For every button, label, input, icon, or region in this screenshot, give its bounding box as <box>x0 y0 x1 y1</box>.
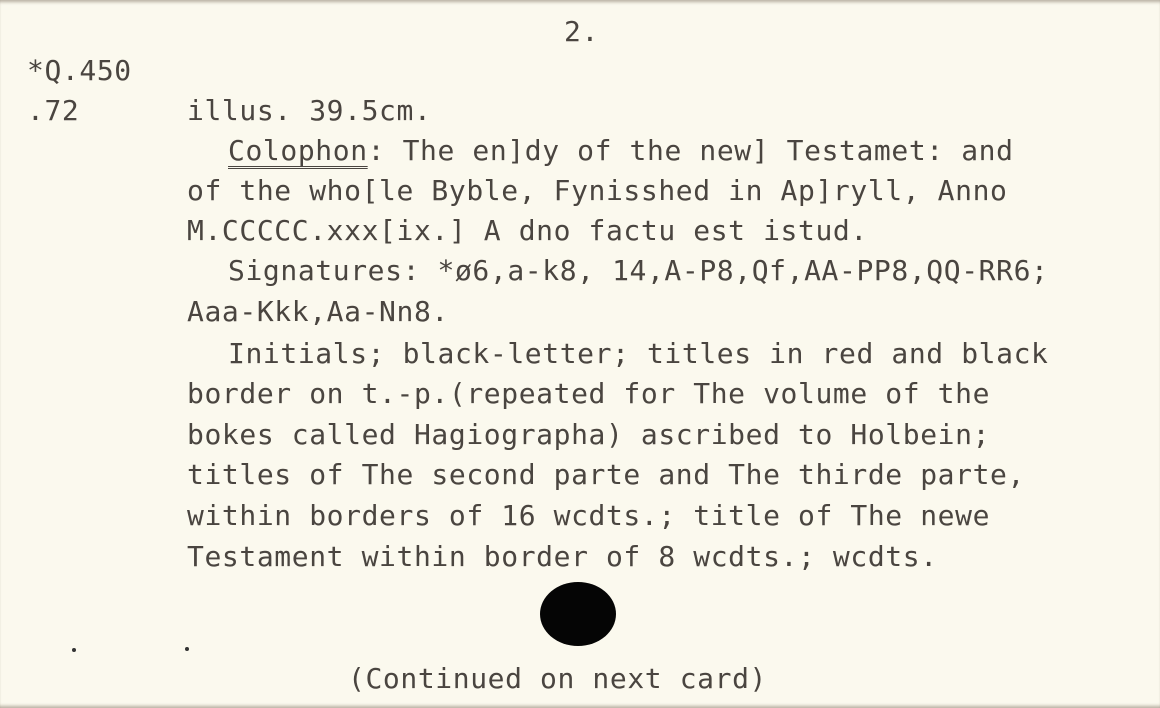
continued-note: (Continued on next card) <box>348 665 767 693</box>
colophon-line-1: Colophon: The en]dy of the new] Testamet… <box>228 137 1014 165</box>
notes-line-5: within borders of 16 wcdts.; title of Th… <box>187 502 990 530</box>
colophon-label: Colophon <box>228 134 368 167</box>
catalog-card: 2. *Q.450 .72 illus. 39.5cm. Colophon: T… <box>0 0 1160 708</box>
colophon-line-2: of the who[le Byble, Fynisshed in Ap]ryl… <box>187 177 1008 205</box>
signatures-line-1: Signatures: *ø6,a-k8, 14,A-P8,Qf,AA-PP8,… <box>228 257 1049 285</box>
notes-line-6: Testament within border of 8 wcdts.; wcd… <box>187 543 938 571</box>
punch-hole <box>540 582 616 646</box>
colophon-text: : The en]dy of the new] Testamet: and <box>368 134 1014 167</box>
notes-line-2: border on t.-p.(repeated for The volume … <box>187 380 990 408</box>
notes-line-3: bokes called Hagiographa) ascribed to Ho… <box>187 421 990 449</box>
notes-line-4: titles of The second parte and The third… <box>187 461 1025 489</box>
colophon-line-3: M.CCCCC.xxx[ix.] A dno factu est istud. <box>187 217 868 245</box>
speck-mark <box>185 647 189 651</box>
call-number-line-1: *Q.450 <box>27 57 132 85</box>
speck-mark <box>72 648 76 652</box>
call-number-line-2: .72 <box>27 97 79 125</box>
notes-line-1: Initials; black-letter; titles in red an… <box>228 340 1049 368</box>
signatures-line-2: Aaa-Kkk,Aa-Nn8. <box>187 298 449 326</box>
physical-description: illus. 39.5cm. <box>187 97 431 125</box>
page-number: 2. <box>564 18 599 46</box>
